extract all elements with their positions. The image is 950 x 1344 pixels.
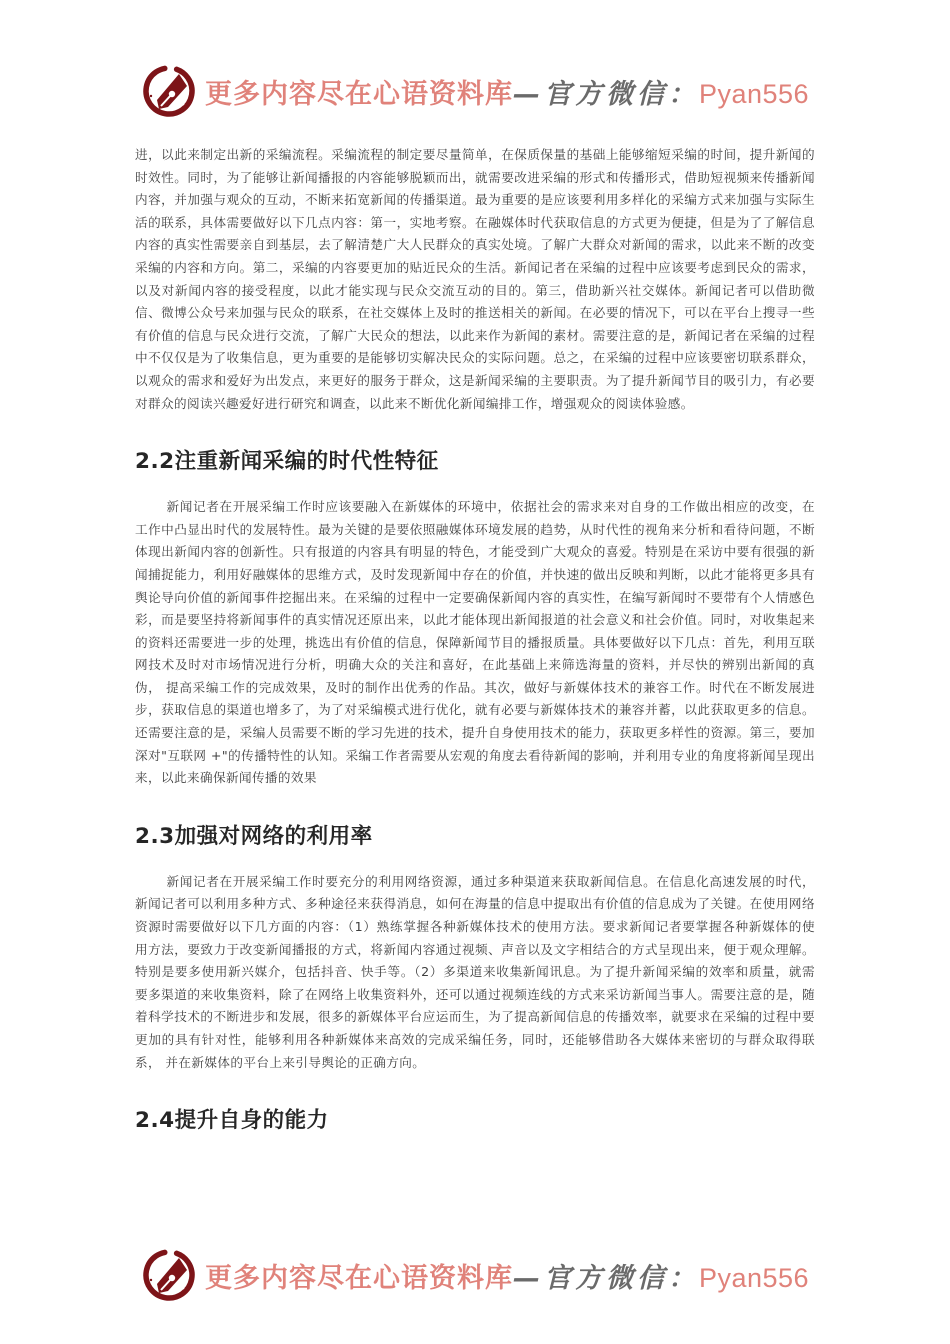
section-paragraph-2-2: 新闻记者在开展采编工作时应该要融入在新媒体的环境中，依据社会的需求来对自身的工作… (135, 496, 815, 790)
footer-brand-text: 更多内容尽在心语资料库—官方微信：Pyan556 (205, 1256, 809, 1295)
document-page: 更多内容尽在心语资料库—官方微信：Pyan556 进，以此来制定出新的采编流程。… (0, 0, 950, 1344)
footer-wechat-label: 官方微信： (544, 1263, 699, 1294)
footer-site-name: 更多内容尽在心语资料库 (205, 1263, 513, 1294)
section-paragraph-2-3: 新闻记者在开展采编工作时要充分的利用网络资源，通过多种渠道来获取新闻信息。在信息… (135, 871, 815, 1074)
footer-separator: — (513, 1263, 544, 1294)
document-content: 进，以此来制定出新的采编流程。采编流程的制定要尽量简单，在保质保量的基础上能够缩… (135, 120, 815, 1155)
header-wechat-id: Pyan556 (699, 79, 809, 109)
header-site-name: 更多内容尽在心语资料库 (205, 79, 513, 110)
header-brand-text: 更多内容尽在心语资料库—官方微信：Pyan556 (205, 72, 809, 111)
section-heading-2-2: 2.2注重新闻采编的时代性特征 (135, 444, 815, 475)
continuation-paragraph: 进，以此来制定出新的采编流程。采编流程的制定要尽量简单，在保质保量的基础上能够缩… (135, 144, 815, 415)
section-heading-2-3: 2.3加强对网络的利用率 (135, 819, 815, 850)
footer-banner: 更多内容尽在心语资料库—官方微信：Pyan556 (135, 1246, 815, 1304)
header-separator: — (513, 79, 544, 110)
pen-nib-logo-icon (141, 1246, 197, 1304)
footer-wechat-id: Pyan556 (699, 1263, 809, 1293)
section-heading-2-4: 2.4提升自身的能力 (135, 1103, 815, 1134)
pen-nib-logo-icon (141, 62, 197, 120)
header-wechat-label: 官方微信： (544, 79, 699, 110)
header-banner: 更多内容尽在心语资料库—官方微信：Pyan556 (135, 62, 815, 120)
